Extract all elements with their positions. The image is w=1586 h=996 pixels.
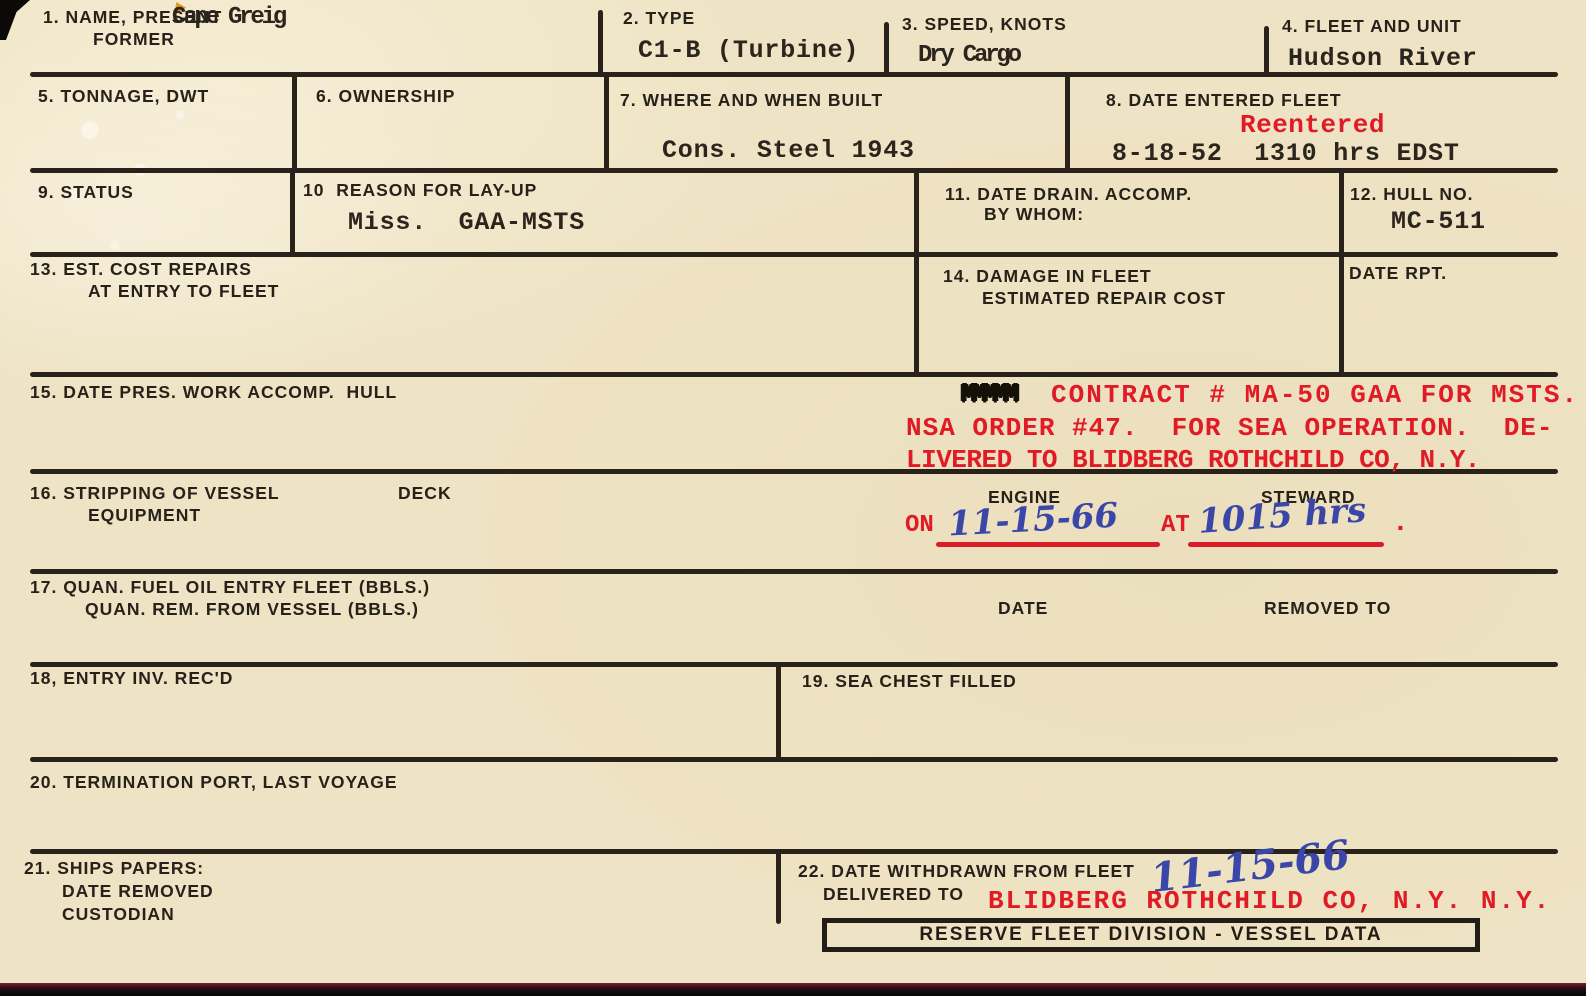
- vline-f2-f3: [884, 22, 889, 76]
- vessel-data-card: 1. NAME, PRESENT FORMER Cape Greig 2. TY…: [0, 0, 1586, 996]
- field-7-label: 7. WHERE AND WHEN BUILT: [620, 90, 883, 111]
- vline-f7-f8: [1065, 72, 1070, 170]
- field-14-date-rpt-label: DATE RPT.: [1349, 263, 1447, 284]
- field-2-label: 2. TYPE: [623, 8, 695, 29]
- field-16-underline-date: [936, 542, 1160, 547]
- field-22-delivered-to-stamp: BLIDBERG ROTHCHILD CO, N.Y. N.Y.: [988, 886, 1551, 916]
- hline-row18-bottom: [30, 757, 1558, 762]
- vline-f18-f19: [776, 662, 781, 759]
- vline-f1-f2: [598, 10, 603, 74]
- vline-f5-f6: [292, 72, 297, 170]
- field-13-label2: AT ENTRY TO FLEET: [88, 281, 279, 302]
- field-11-label2: BY WHOM:: [984, 204, 1084, 225]
- vline-f11-f12: [1339, 168, 1344, 254]
- hline-row2-bottom: [30, 168, 1558, 173]
- field-15-red-line2: NSA ORDER #47. FOR SEA OPERATION. DE-: [906, 413, 1554, 443]
- paper-damage: [30, 30, 290, 290]
- field-10-label: 10 REASON FOR LAY-UP: [303, 180, 537, 201]
- field-20-label: 20. TERMINATION PORT, LAST VOYAGE: [30, 772, 398, 793]
- vline-f13-f14: [914, 252, 919, 374]
- field-17-col-removed: REMOVED TO: [1264, 598, 1391, 619]
- field-17-label2: QUAN. REM. FROM VESSEL (BBLS.): [85, 599, 419, 620]
- field-12-label: 12. HULL NO.: [1350, 184, 1474, 205]
- reserve-fleet-stamp-text: RESERVE FLEET DIVISION - VESSEL DATA: [919, 924, 1382, 946]
- field-15-blackout: MMMMM: [961, 379, 1014, 409]
- field-16-underline-time: [1188, 542, 1384, 547]
- field-8-label: 8. DATE ENTERED FLEET: [1106, 90, 1342, 111]
- field-4-label: 4. FLEET AND UNIT: [1282, 16, 1462, 37]
- field-19-label: 19. SEA CHEST FILLED: [802, 671, 1017, 692]
- field-16-time-handwriting: 1015 hrs: [1197, 490, 1368, 542]
- field-12-value: MC-511: [1391, 207, 1486, 236]
- field-14-label2: ESTIMATED REPAIR COST: [982, 288, 1226, 309]
- hline-row17-bottom: [30, 662, 1558, 667]
- field-16-label2: EQUIPMENT: [88, 505, 201, 526]
- field-21-label: 21. SHIPS PAPERS:: [24, 858, 204, 879]
- field-3-value: Dry Cargo: [918, 42, 1019, 69]
- field-5-label: 5. TONNAGE, DWT: [38, 86, 209, 107]
- field-6-label: 6. OWNERSHIP: [316, 86, 455, 107]
- field-16-label: 16. STRIPPING OF VESSEL: [30, 483, 280, 504]
- hline-row16-bottom: [30, 569, 1558, 574]
- corner-tear: [0, 0, 30, 40]
- field-17-col-date: DATE: [998, 598, 1048, 619]
- field-15-label: 15. DATE PRES. WORK ACCOMP. HULL: [30, 382, 397, 403]
- field-15-red-line1: CONTRACT # MA-50 GAA FOR MSTS.: [1051, 380, 1579, 410]
- field-16-period-stamp: .: [1392, 508, 1409, 539]
- field-16-date-handwriting: 11-15-66: [947, 496, 1119, 545]
- field-4-value: Hudson River: [1288, 44, 1478, 73]
- scan-edge-bottom: [0, 983, 1586, 996]
- vline-f21-f22: [776, 849, 781, 924]
- field-1-value: Cape Greig: [172, 4, 284, 31]
- field-11-label: 11. DATE DRAIN. ACCOMP.: [945, 184, 1192, 205]
- field-8-value: 8-18-52 1310 hrs EDST: [1112, 139, 1460, 168]
- field-15-red-line3: LIVERED TO BLIDBERG ROTHCHILD CO, N.Y.: [906, 445, 1480, 475]
- field-16-at-stamp: AT: [1161, 512, 1190, 539]
- field-16-col-deck: DECK: [398, 483, 452, 504]
- field-9-label: 9. STATUS: [38, 182, 134, 203]
- field-16-on-stamp: ON: [905, 512, 934, 539]
- field-7-value: Cons. Steel 1943: [662, 136, 915, 165]
- hline-row3-bottom: [30, 252, 1558, 257]
- vline-f10-f11: [914, 168, 919, 254]
- field-14-label: 14. DAMAGE IN FLEET: [943, 266, 1152, 287]
- vline-f14-daterpt: [1339, 252, 1344, 374]
- field-18-label: 18, ENTRY INV. REC'D: [30, 668, 233, 689]
- field-21-label2: DATE REMOVED: [62, 881, 214, 902]
- reserve-fleet-stamp-box: RESERVE FLEET DIVISION - VESSEL DATA: [822, 918, 1480, 952]
- vline-f9-f10: [290, 168, 295, 254]
- field-8-reentered-stamp: Reentered: [1240, 110, 1385, 140]
- field-2-value: C1-B (Turbine): [638, 36, 859, 65]
- field-10-value: Miss. GAA-MSTS: [348, 208, 585, 237]
- field-1-label2: FORMER: [93, 29, 175, 50]
- field-3-label: 3. SPEED, KNOTS: [902, 14, 1067, 35]
- field-21-label3: CUSTODIAN: [62, 904, 175, 925]
- vline-f6-f7: [604, 72, 609, 170]
- field-13-label: 13. EST. COST REPAIRS: [30, 259, 252, 280]
- field-17-label: 17. QUAN. FUEL OIL ENTRY FLEET (BBLS.): [30, 577, 430, 598]
- field-22-label: 22. DATE WITHDRAWN FROM FLEET: [798, 861, 1135, 882]
- vline-f3-f4: [1264, 26, 1269, 76]
- field-22-label2: DELIVERED TO: [823, 884, 964, 905]
- hline-row4-bottom: [30, 372, 1558, 377]
